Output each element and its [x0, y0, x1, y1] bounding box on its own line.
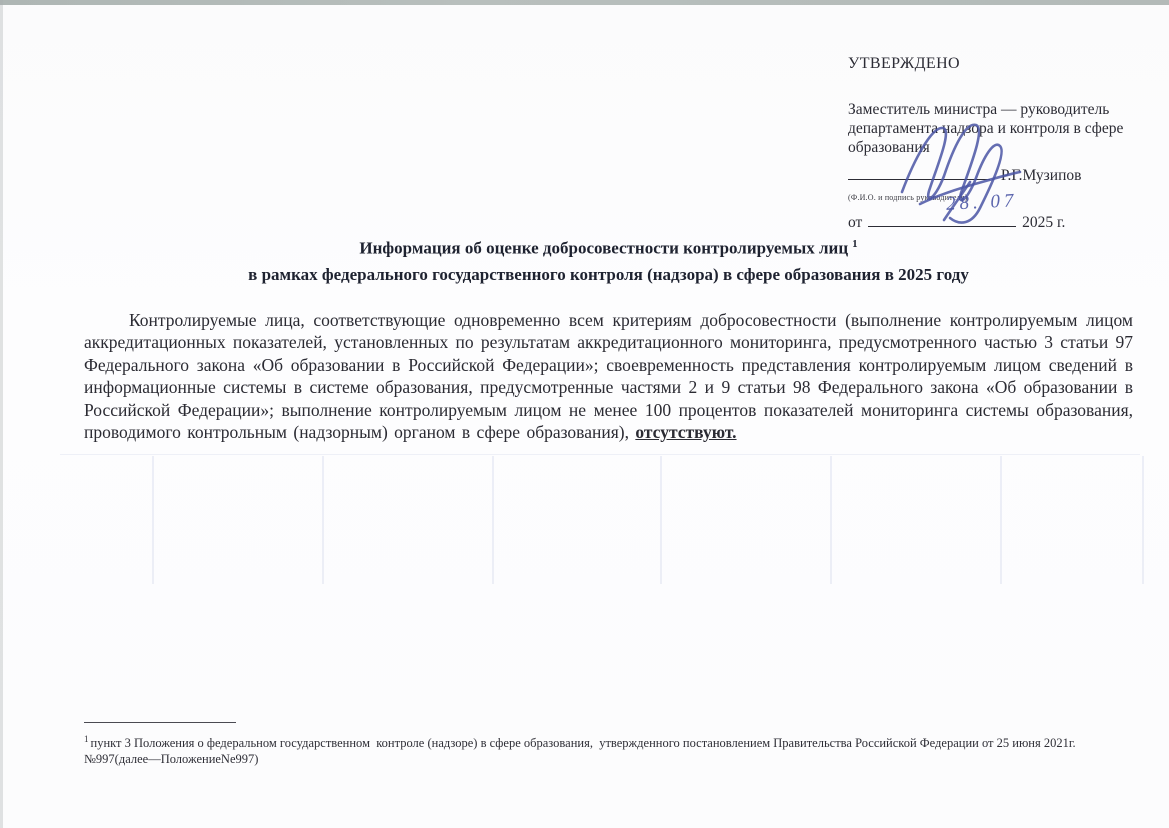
document-title-line2: в рамках федерального государственного к… [84, 262, 1133, 288]
approval-stamp: УТВЕРЖДЕНО [848, 54, 1148, 73]
document-title: Информация об оценке добросовестности ко… [84, 231, 1133, 288]
signature-blank-line [848, 166, 990, 180]
title-text: Информация об оценке добросовестности ко… [359, 239, 848, 258]
approver-name: Р.Г.Музипов [1001, 167, 1082, 184]
footnote: 1пункт 3 Положения о федеральном государ… [84, 731, 1124, 767]
approver-title: Заместитель министра — руководитель депа… [848, 100, 1130, 157]
date-row: от 2025 г. [848, 213, 1148, 232]
signature-caption: (Ф.И.О. и подпись руководителя) [848, 188, 1148, 207]
date-suffix: 2025 г. [1022, 214, 1065, 231]
scan-edge-artifact-top [0, 0, 1169, 5]
document-title-line1: Информация об оценке добросовестности ко… [84, 231, 1133, 262]
signature-line-row: Р.Г.Музипов [848, 166, 1148, 185]
body-paragraph: Контролируемые лица, соответствующие одн… [84, 309, 1133, 443]
scan-bleedthrough-artifact [0, 452, 1169, 592]
scan-edge-artifact-left [0, 0, 3, 828]
body-emphasis: отсутствуют. [635, 422, 736, 442]
date-prefix: от [848, 214, 862, 231]
footnote-text: пункт 3 Положения о федеральном государс… [84, 736, 1079, 766]
footnote-marker: 1 [84, 734, 89, 744]
date-blank-line [868, 213, 1016, 227]
scanned-document-page: УТВЕРЖДЕНО Заместитель министра — руково… [0, 0, 1169, 828]
approval-block: УТВЕРЖДЕНО Заместитель министра — руково… [848, 54, 1148, 232]
footnote-reference-mark: 1 [852, 238, 858, 250]
body-text: Контролируемые лица, соответствующие одн… [84, 310, 1133, 442]
footnote-divider [84, 722, 236, 723]
